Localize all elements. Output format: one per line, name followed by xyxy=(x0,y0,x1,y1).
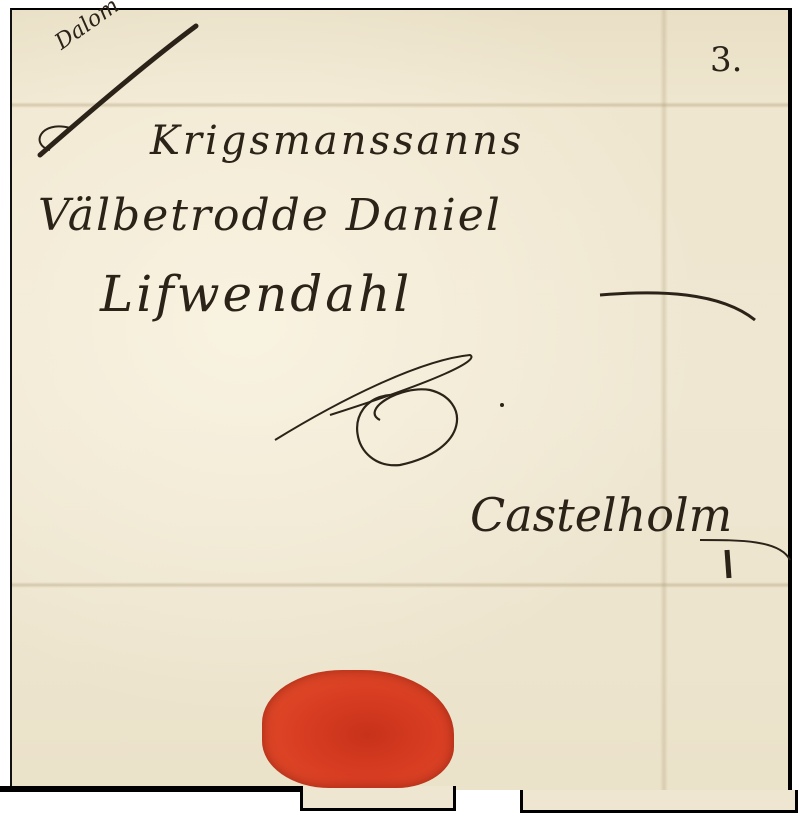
p-monogram xyxy=(357,389,457,465)
docket-flourish-icon xyxy=(40,26,196,155)
ink-blot xyxy=(727,550,729,578)
wax-seal xyxy=(262,670,454,788)
underline-flourish xyxy=(600,293,755,320)
